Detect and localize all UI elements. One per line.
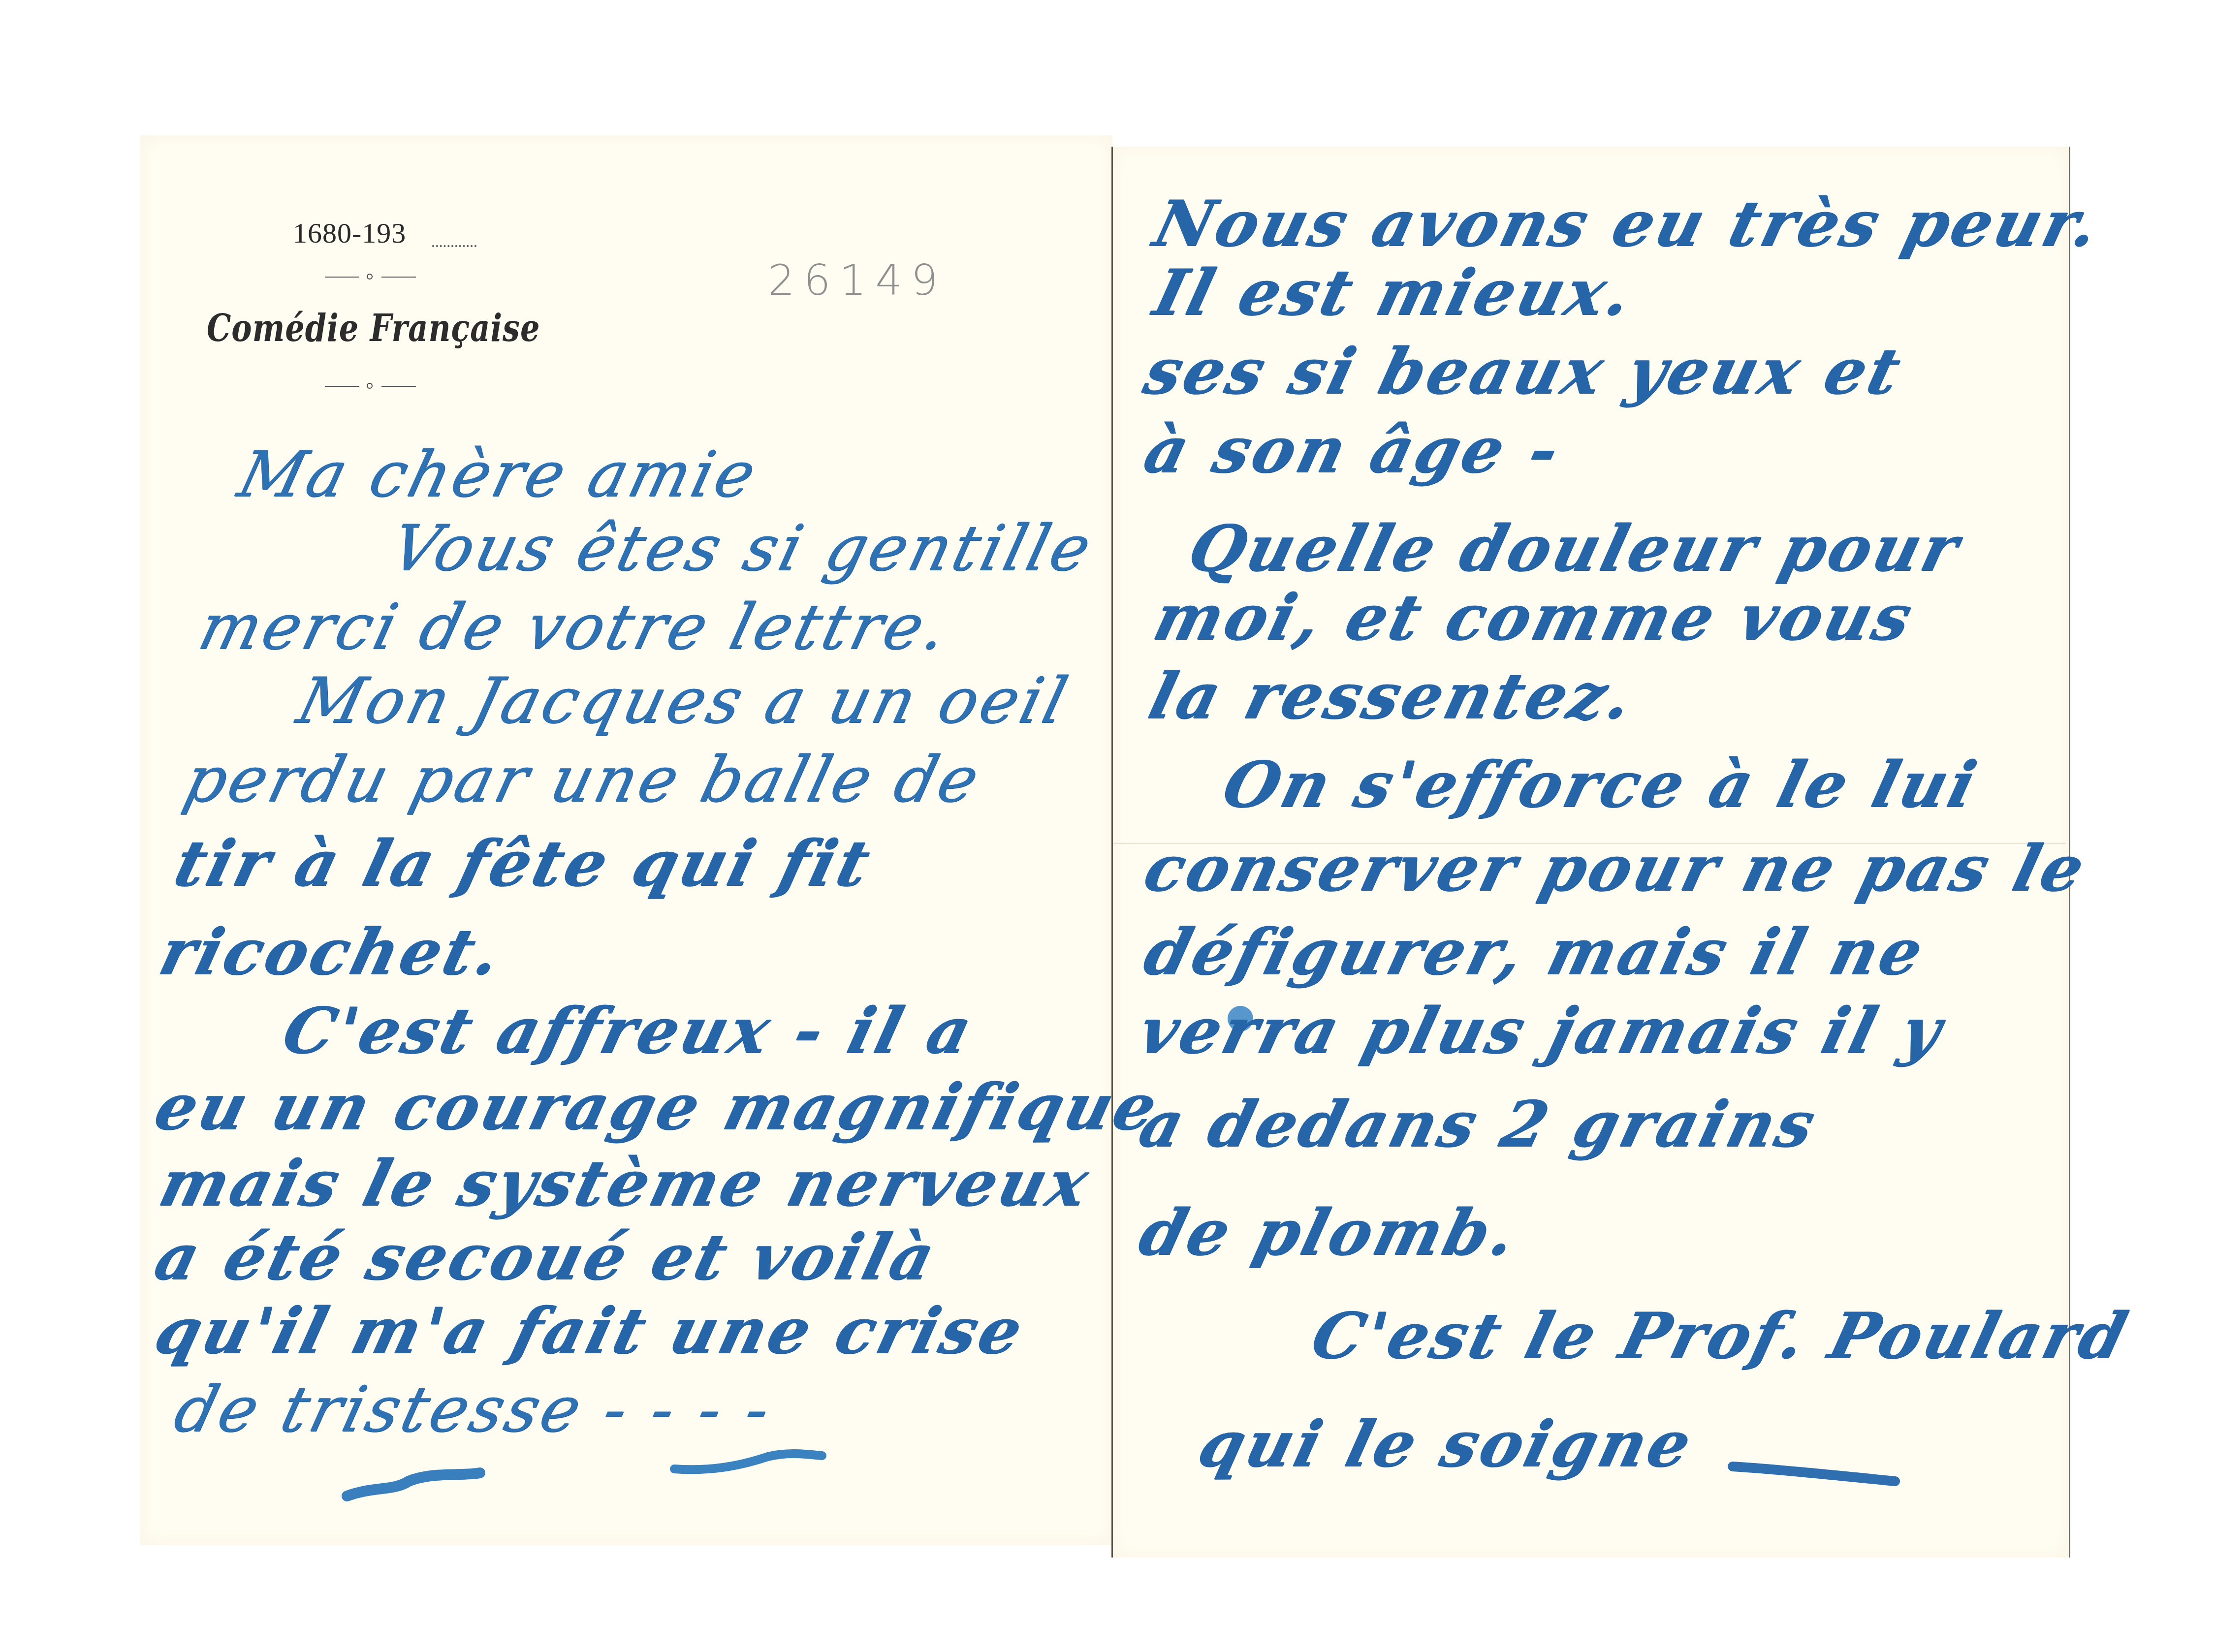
handwritten-line: conserver pour ne pas le <box>1137 832 2094 905</box>
handwritten-line: Nous avons eu très peur. <box>1147 187 2109 261</box>
handwritten-line: C'est le Prof. Poulard <box>1304 1299 2137 1373</box>
handwritten-line: On s'efforce à le lui <box>1216 748 1986 822</box>
handwritten-line: a dedans 2 grains <box>1132 1088 1825 1161</box>
handwritten-line: la ressentez. <box>1142 659 1643 733</box>
handwritten-line: de plomb. <box>1132 1196 1526 1270</box>
handwritten-line: Il est mieux. <box>1147 256 1642 330</box>
handwritten-line: ses si beaux yeux et <box>1137 335 1910 408</box>
handwritten-line: verra plus jamais il y <box>1132 994 1951 1068</box>
handwritten-line: Quelle douleur pour <box>1181 512 1968 586</box>
handwritten-line: défigurer, mais il ne <box>1137 915 1933 989</box>
handwritten-line: à son âge - <box>1137 413 1569 487</box>
handwritten-line: moi, et comme vous <box>1147 581 1922 655</box>
handwritten-line: qui le soigne <box>1191 1407 1701 1481</box>
